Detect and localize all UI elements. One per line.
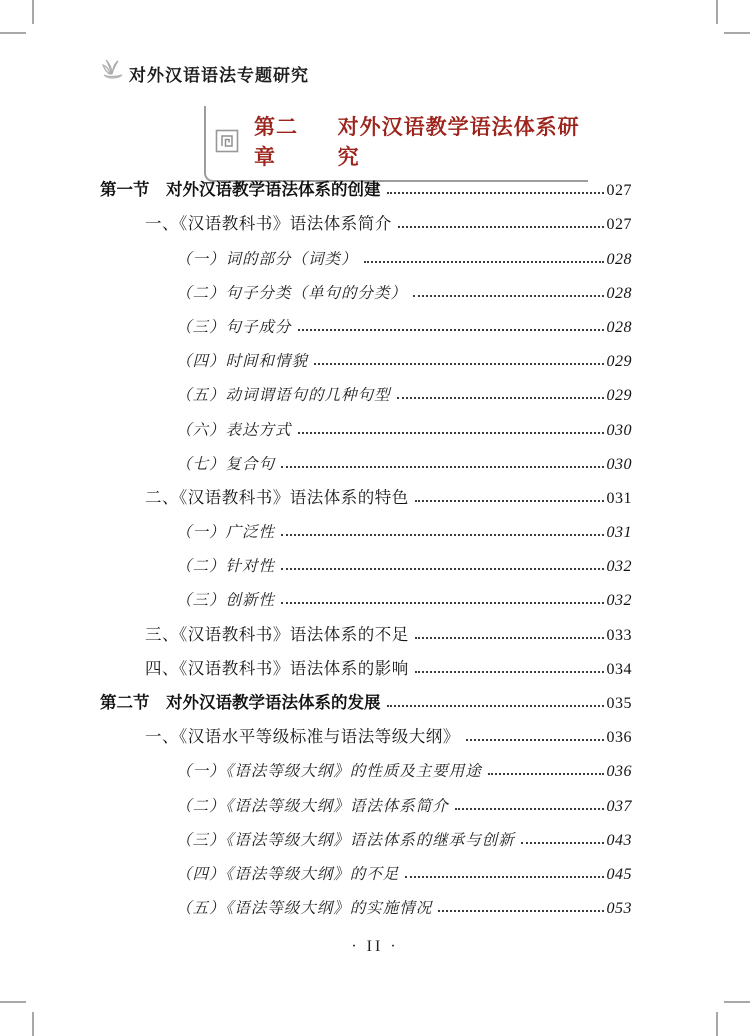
dot-leader [455,808,604,810]
toc-entry: （三）《语法等级大纲》语法体系的继承与创新 043 [100,816,632,850]
toc-entry: （二）针对性 032 [100,542,632,576]
toc-entry-page: 030 [607,422,633,440]
toc-entry-label: （六）表达方式 [176,418,292,440]
toc-entry-label: （一）《语法等级大纲》的性质及主要用途 [176,759,482,781]
toc-entry-page: 031 [607,490,633,508]
dot-leader [415,671,604,673]
toc-entry-label: （五）动词谓语句的几种句型 [176,383,391,405]
dot-leader [466,739,604,741]
toc-entry: 第一节 对外汉语教学语法体系的创建 027 [100,166,632,200]
toc-entry-page: 030 [607,456,633,474]
toc: 第一节 对外汉语教学语法体系的创建 027 一、《汉语教科书》语法体系简介 02… [100,166,632,918]
toc-entry-label: （五）《语法等级大纲》的实施情况 [176,896,432,918]
dot-leader [415,500,604,502]
page-number-footer: · II · [0,938,750,956]
toc-entry-label: 四、《汉语教科书》语法体系的影响 [145,655,409,679]
toc-entry-label: （二）《语法等级大纲》语法体系简介 [176,794,449,816]
dot-leader [405,876,603,878]
toc-entry: （七）复合句 030 [100,440,632,474]
dot-leader [281,602,603,604]
toc-entry-label: （一）广泛性 [176,520,275,542]
toc-entry-page: 032 [607,558,633,576]
toc-entry: （二）句子分类（单句的分类） 028 [100,269,632,303]
toc-entry-page: 029 [607,387,633,405]
dot-leader [298,329,604,331]
toc-entry: 一、《汉语水平等级标准与语法等级大纲》 036 [100,713,632,747]
toc-entry: （一）词的部分（词类） 028 [100,234,632,268]
toc-entry: 第二节 对外汉语教学语法体系的发展 035 [100,679,632,713]
toc-entry: （五）动词谓语句的几种句型 029 [100,371,632,405]
toc-entry: 一、《汉语教科书》语法体系简介 027 [100,200,632,234]
dot-leader [281,534,603,536]
toc-entry-label: （四）时间和情貌 [176,349,308,371]
toc-entry-label: （四）《语法等级大纲》的不足 [176,862,399,884]
spiral-square-icon [215,129,239,153]
leaf-book-icon [100,58,126,89]
toc-entry-page: 036 [607,729,633,747]
toc-entry: （四）时间和情貌 029 [100,337,632,371]
dot-leader [281,466,603,468]
toc-entry: （二）《语法等级大纲》语法体系简介 037 [100,781,632,815]
toc-entry-page: 027 [607,182,633,200]
dot-leader [281,568,603,570]
toc-entry: （一）广泛性 031 [100,508,632,542]
toc-entry-label: （二）针对性 [176,554,275,576]
toc-entry-page: 028 [607,319,633,337]
toc-entry: 二、《汉语教科书》语法体系的特色 031 [100,474,632,508]
dot-leader [521,842,604,844]
toc-entry: 四、《汉语教科书》语法体系的影响 034 [100,645,632,679]
toc-entry-page: 032 [607,592,633,610]
dot-leader [298,432,604,434]
toc-entry-label: 第二节 对外汉语教学语法体系的发展 [100,689,381,713]
toc-entry-page: 035 [607,695,633,713]
toc-entry: （四）《语法等级大纲》的不足 045 [100,850,632,884]
toc-entry-label: 第一节 对外汉语教学语法体系的创建 [100,176,381,200]
toc-entry-label: 一、《汉语教科书》语法体系简介 [145,210,392,234]
toc-entry: （一）《语法等级大纲》的性质及主要用途 036 [100,747,632,781]
toc-entry-page: 029 [607,353,633,371]
dot-leader [488,773,604,775]
toc-entry-label: 一、《汉语水平等级标准与语法等级大纲》 [145,723,460,747]
dot-leader [415,637,604,639]
toc-entry-page: 028 [607,251,633,269]
toc-entry-label: 二、《汉语教科书》语法体系的特色 [145,484,409,508]
dot-leader [364,261,604,263]
toc-entry: 三、《汉语教科书》语法体系的不足 033 [100,610,632,644]
toc-entry-page: 036 [607,763,633,781]
toc-entry-page: 027 [607,216,633,234]
dot-leader [438,910,603,912]
toc-entry-label: （七）复合句 [176,452,275,474]
chapter-number: 第二章 [254,111,317,171]
toc-entry-page: 033 [607,627,633,645]
toc-entry-page: 037 [607,798,633,816]
dot-leader [387,705,604,707]
toc-entry-page: 045 [607,866,633,884]
toc-entry-label: （三）《语法等级大纲》语法体系的继承与创新 [176,828,515,850]
toc-entry-label: （二）句子分类（单句的分类） [176,281,407,303]
toc-entry-label: （一）词的部分（词类） [176,247,358,269]
toc-entry-page: 043 [607,832,633,850]
toc-entry: （三）创新性 032 [100,576,632,610]
toc-entry-page: 031 [607,524,633,542]
toc-entry: （三）句子成分 028 [100,303,632,337]
toc-entry-page: 028 [607,285,633,303]
toc-entry: （五）《语法等级大纲》的实施情况 053 [100,884,632,918]
toc-entry: （六）表达方式 030 [100,405,632,439]
dot-leader [398,226,604,228]
running-head: 对外汉语语法专题研究 [100,58,309,89]
toc-entry-label: 三、《汉语教科书》语法体系的不足 [145,621,409,645]
toc-entry-page: 034 [607,661,633,679]
book-title: 对外汉语语法专题研究 [129,61,309,86]
toc-entry-label: （三）句子成分 [176,315,292,337]
toc-entry-page: 053 [607,900,633,918]
dot-leader [413,295,603,297]
dot-leader [397,397,604,399]
chapter-title: 对外汉语教学语法体系研究 [338,111,588,171]
dot-leader [314,363,603,365]
toc-entry-label: （三）创新性 [176,588,275,610]
dot-leader [387,192,604,194]
